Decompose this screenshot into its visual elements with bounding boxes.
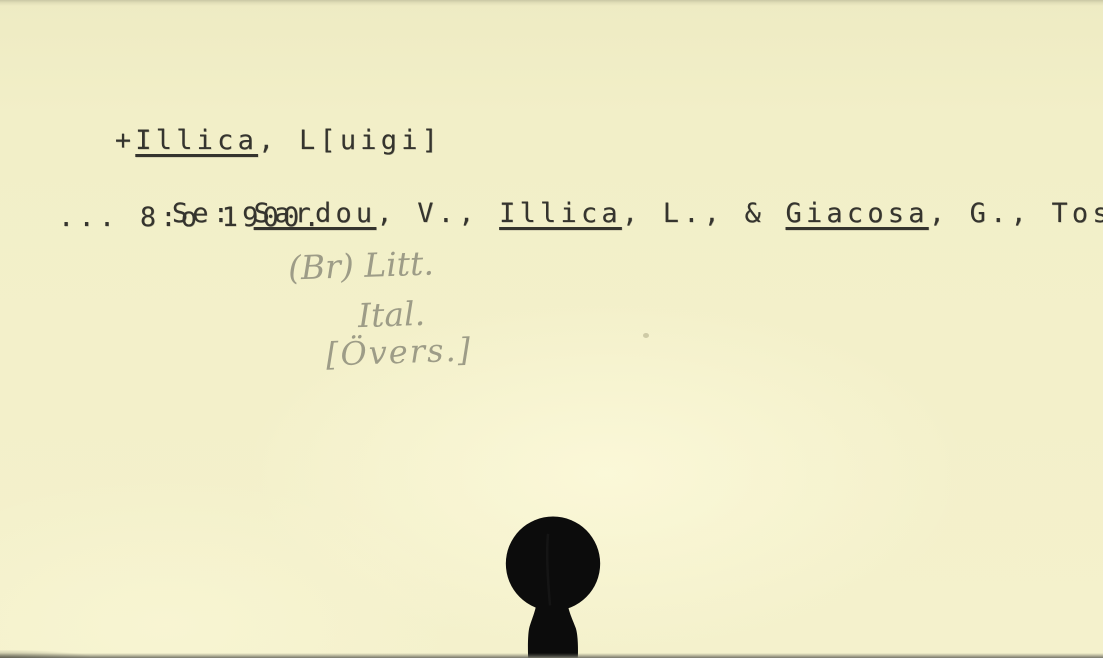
reference-sep-2: , L., &: [622, 198, 786, 229]
punch-hole: [498, 514, 608, 658]
pencil-annotation-ital: Ital.: [357, 294, 425, 335]
card-bottom-corner-shadow: [0, 650, 90, 658]
pencil-annotation-litt: (Br) Litt.: [287, 243, 434, 287]
catalog-card: +Illica, L[uigi] Se: Sardou, V., Illica,…: [0, 0, 1103, 658]
reference-author-illica: Illica: [499, 198, 622, 229]
heading-suffix: , L[uigi]: [258, 125, 442, 156]
reference-sep-1: , V.,: [376, 198, 499, 229]
reference-title-tosca: , G., Tosca.: [929, 198, 1103, 229]
card-bottom-edge-shadow: [0, 653, 1103, 658]
reference-author-giacosa: Giacosa: [786, 198, 929, 229]
heading-prefix: +: [115, 125, 135, 156]
heading-line: +Illica, L[uigi]: [33, 99, 442, 183]
paper-speck: [643, 333, 649, 338]
imprint-line: ... 8:o 1900.: [58, 204, 324, 232]
pencil-annotation-overs: [Övers.]: [325, 330, 472, 373]
card-top-edge-shadow: [0, 0, 1103, 6]
heading-surname: Illica: [135, 125, 258, 156]
